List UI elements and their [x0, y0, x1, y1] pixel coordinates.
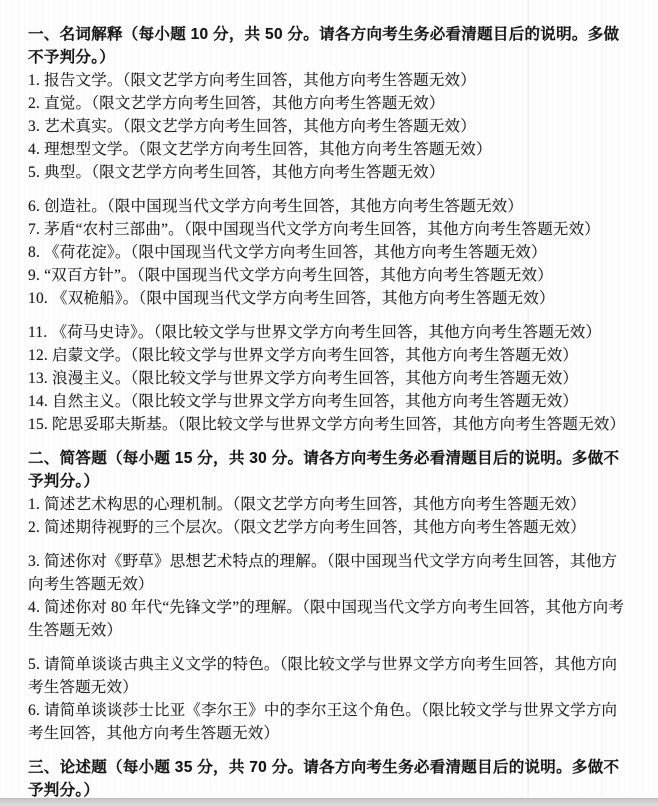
question-group-comparative-lit: 11. 《荷马史诗》。（限比较文学与世界文学方向考生回答，其他方向考生答题无效）…: [28, 321, 632, 436]
question-item: 9. “双百方针”。（限中国现当代文学方向考生回答，其他方向考生答题无效）: [28, 264, 632, 287]
question-item: 4. 简述你对 80 年代“先锋文学”的理解。（限中国现当代文学方向考生回答，其…: [28, 596, 632, 642]
question-item: 1. 报告文学。（限文艺学方向考生回答，其他方向考生答题无效）: [28, 69, 632, 92]
question-item: 3. 艺术真实。（限文艺学方向考生回答，其他方向考生答题无效）: [28, 115, 632, 138]
section-heading: 一、名词解释（每小题 10 分，共 50 分。请各方向考生务必看清题目后的说明。…: [28, 23, 632, 69]
question-item: 3. 简述你对《野草》思想艺术特点的理解。（限中国现当代文学方向考生回答，其他方…: [28, 550, 632, 596]
question-item: 12. 启蒙文学。（限比较文学与世界文学方向考生回答，其他方向考生答题无效）: [28, 344, 632, 367]
question-group-literary-theory: 1. 报告文学。（限文艺学方向考生回答，其他方向考生答题无效） 2. 直觉。（限…: [28, 69, 632, 184]
question-item: 13. 浪漫主义。（限比较文学与世界文学方向考生回答，其他方向考生答题无效）: [28, 367, 632, 390]
scan-artifact-line: [527, 0, 529, 796]
question-item: 8. 《荷花淀》。（限中国现当代文学方向考生回答，其他方向考生答题无效）: [28, 241, 632, 264]
question-item: 14. 自然主义。（限比较文学与世界文学方向考生回答，其他方向考生答题无效）: [28, 390, 632, 413]
question-group-modern-chinese-lit: 3. 简述你对《野草》思想艺术特点的理解。（限中国现当代文学方向考生回答，其他方…: [28, 550, 632, 642]
question-item: 15. 陀思妥耶夫斯基。（限比较文学与世界文学方向考生回答，其他方向考生答题无效…: [28, 413, 632, 436]
section-heading: 二、简答题（每小题 15 分，共 30 分。请各方向考生务必看清题目后的说明。多…: [28, 447, 632, 493]
question-item: 4. 理想型文学。（限文艺学方向考生回答，其他方向考生答题无效）: [28, 138, 632, 161]
question-item: 6. 请简单谈谈莎士比亚《李尔王》中的李尔王这个角色。（限比较文学与世界文学方向…: [28, 699, 632, 745]
question-item: 10. 《双桅船》。（限中国现当代文学方向考生回答，其他方向考生答题无效）: [28, 287, 632, 310]
section-term-explanation: 一、名词解释（每小题 10 分，共 50 分。请各方向考生务必看清题目后的说明。…: [28, 23, 632, 436]
section-short-answer: 二、简答题（每小题 15 分，共 30 分。请各方向考生务必看清题目后的说明。多…: [28, 447, 632, 745]
question-group-literary-theory: 1. 简述艺术构思的心理机制。（限文艺学方向考生回答，其他方向考生答题无效） 2…: [28, 493, 632, 539]
section-essay: 三、论述题（每小题 35 分，共 70 分。请各方向考生务必看清题目后的说明。多…: [28, 756, 632, 802]
exam-paper-page: 一、名词解释（每小题 10 分，共 50 分。请各方向考生务必看清题目后的说明。…: [0, 0, 658, 806]
question-item: 5. 请简单谈谈古典主义文学的特色。（限比较文学与世界文学方向考生回答，其他方向…: [28, 653, 632, 699]
question-group-comparative-lit: 5. 请简单谈谈古典主义文学的特色。（限比较文学与世界文学方向考生回答，其他方向…: [28, 653, 632, 745]
question-item: 5. 典型。（限文艺学方向考生回答，其他方向考生答题无效）: [28, 161, 632, 184]
question-item: 11. 《荷马史诗》。（限比较文学与世界文学方向考生回答，其他方向考生答题无效）: [28, 321, 632, 344]
section-heading: 三、论述题（每小题 35 分，共 70 分。请各方向考生务必看清题目后的说明。多…: [28, 756, 632, 802]
question-item: 2. 简述期待视野的三个层次。（限文艺学方向考生回答，其他方向考生答题无效）: [28, 516, 632, 539]
question-item: 6. 创造社。（限中国现当代文学方向考生回答，其他方向考生答题无效）: [28, 195, 632, 218]
scan-edge-bar: [0, 798, 658, 806]
question-group-modern-chinese-lit: 6. 创造社。（限中国现当代文学方向考生回答，其他方向考生答题无效） 7. 茅盾…: [28, 195, 632, 310]
scan-artifact-line: [601, 0, 603, 796]
question-item: 7. 茅盾“农村三部曲”。（限中国现当代文学方向考生回答，其他方向考生答题无效）: [28, 218, 632, 241]
question-item: 2. 直觉。（限文艺学方向考生回答，其他方向考生答题无效）: [28, 92, 632, 115]
question-item: 1. 简述艺术构思的心理机制。（限文艺学方向考生回答，其他方向考生答题无效）: [28, 493, 632, 516]
